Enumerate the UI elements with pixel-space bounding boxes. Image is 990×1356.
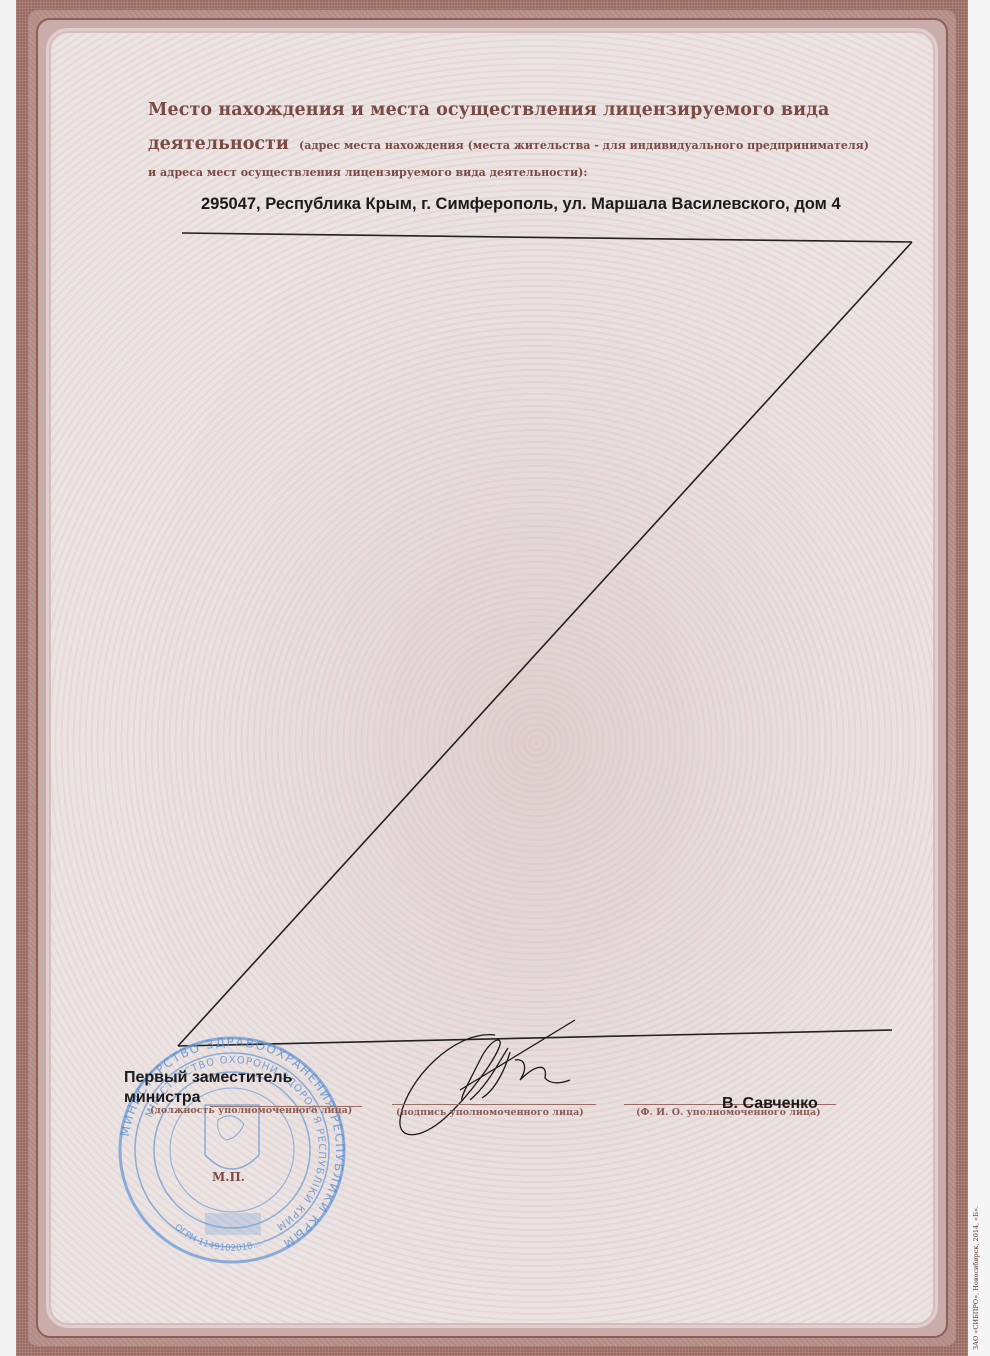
cancellation-z-mark <box>178 233 912 1046</box>
signature-underline <box>392 1104 596 1105</box>
z-diagonal-line <box>178 242 912 1046</box>
signatory-position: Первый заместитель министра <box>124 1068 292 1108</box>
signature-caption: (подпись уполномоченного лица) <box>396 1107 584 1118</box>
seal-place-mark: М.П. <box>212 1170 245 1184</box>
printer-imprint: ЗАО «СИБПРО», Новосибирск, 2014, «Б». <box>972 1206 980 1350</box>
z-top-line <box>182 233 912 242</box>
position-line-1: Первый заместитель <box>124 1068 292 1088</box>
signatory-name: В. Савченко <box>722 1095 818 1113</box>
drawing-overlay: МИНИСТЕРСТВО ЗДРАВООХРАНЕНИЯ РЕСПУБЛИКИ … <box>0 0 990 1356</box>
position-caption: (должность уполномоченного лица) <box>150 1105 352 1116</box>
